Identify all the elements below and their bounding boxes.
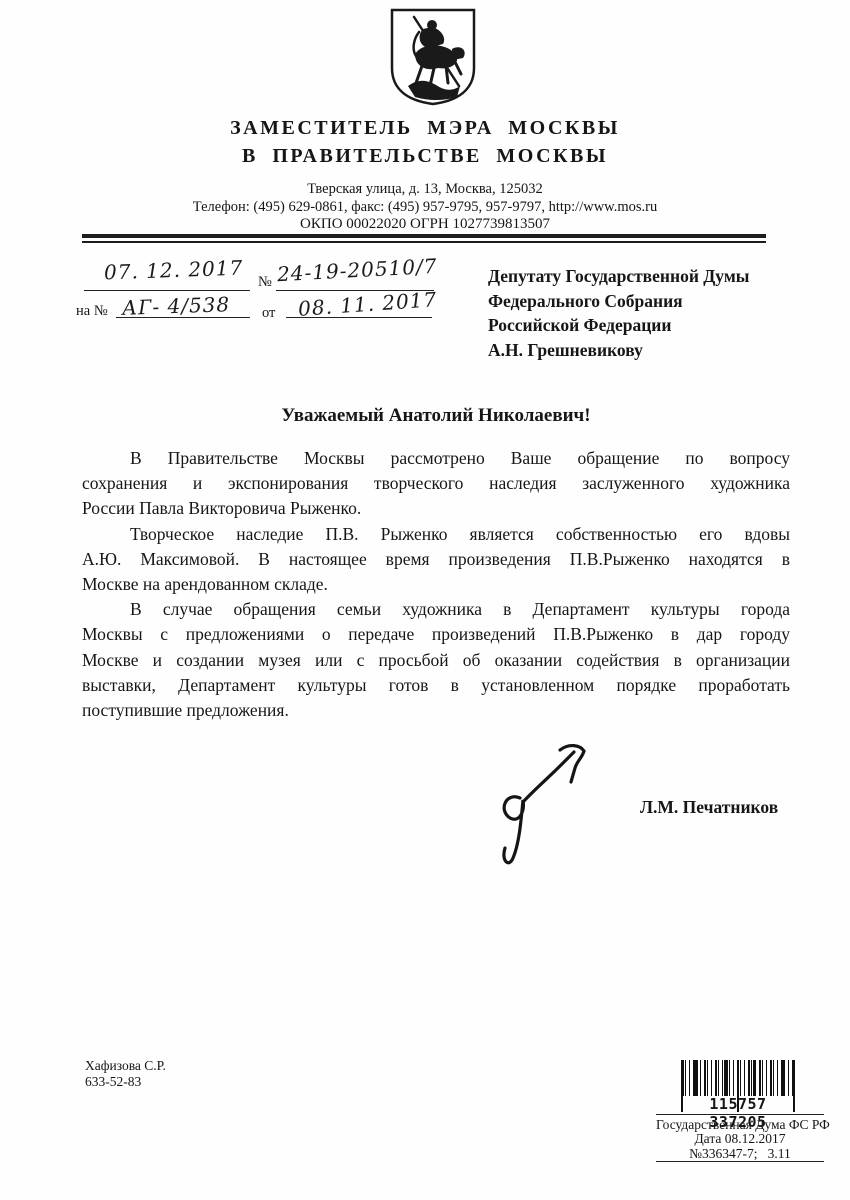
scanned-letter-page: ЗАМЕСТИТЕЛЬ МЭРА МОСКВЫ В ПРАВИТЕЛЬСТВЕ … (0, 0, 850, 1200)
stamp-number: №336347-7; 3.11 (656, 1146, 824, 1162)
body-text-line: выставки, Департамент культуры готов в у… (82, 673, 790, 698)
date-underline (84, 290, 250, 291)
org-name-line1: ЗАМЕСТИТЕЛЬ МЭРА МОСКВЫ (0, 117, 850, 140)
executor-phone: 633-52-83 (85, 1074, 166, 1090)
org-name-line2: В ПРАВИТЕЛЬСТВЕ МОСКВЫ (0, 145, 850, 168)
body-text-line: Москве на арендованном складе. (82, 572, 790, 597)
number-label: № (258, 274, 272, 291)
body-text-line: Творческое наследие П.В. Рыженко являетс… (82, 522, 790, 547)
ot-label: от (262, 305, 275, 322)
incoming-date-handwritten: 08. 11. 2017 (297, 287, 438, 321)
body-text-line: В случае обращения семьи художника в Деп… (82, 597, 790, 622)
body-text-line: России Павла Викторовича Рыженко. (82, 496, 790, 521)
body-text-line: А.Ю. Максимовой. В настоящее время произ… (82, 547, 790, 572)
letter-body: В Правительстве Москвы рассмотрено Ваше … (82, 446, 790, 723)
letterhead-codes: ОКПО 00022020 ОГРН 1027739813507 (0, 216, 850, 233)
letterhead-contacts: Телефон: (495) 629-0861, факс: (495) 957… (0, 199, 850, 216)
stamp-divider (656, 1161, 824, 1162)
moscow-coat-of-arms-icon (386, 6, 480, 106)
addressee-line: Федерального Собрания (488, 289, 818, 314)
na-number-label: на № (76, 303, 108, 320)
letterhead-address: Тверская улица, д. 13, Москва, 125032 (0, 181, 850, 198)
ot-underline (286, 317, 432, 318)
na-underline (116, 317, 250, 318)
stamp-divider (656, 1114, 824, 1115)
addressee-line: А.Н. Грешневикову (488, 338, 818, 363)
salutation: Уважаемый Анатолий Николаевич! (82, 405, 790, 427)
signer-name: Л.М. Печатников (640, 797, 778, 818)
executor-name: Хафизова С.Р. (85, 1058, 166, 1074)
addressee-line: Российской Федерации (488, 313, 818, 338)
body-text-line: поступившие предложения. (82, 698, 790, 723)
addressee-block: Депутату Государственной Думы Федерально… (488, 264, 818, 362)
signature-handwritten-icon (490, 740, 620, 872)
body-text-line: Москве и создании музея или с просьбой о… (82, 648, 790, 673)
outgoing-date-handwritten: 07. 12. 2017 (104, 256, 244, 285)
outgoing-number-handwritten: 24-19-20510/7 (276, 254, 438, 286)
executor-block: Хафизова С.Р. 633-52-83 (85, 1058, 166, 1089)
body-text-line: Москвы с предложениями о передаче произв… (82, 622, 790, 647)
addressee-line: Депутату Государственной Думы (488, 264, 818, 289)
incoming-number-handwritten: АГ- 4/538 (122, 292, 231, 320)
body-text-line: сохранения и экспонирования творческого … (82, 471, 790, 496)
letterhead-divider-rule (82, 234, 766, 243)
stamp-date: Дата 08.12.2017 (656, 1131, 824, 1147)
body-text-line: В Правительстве Москвы рассмотрено Ваше … (82, 446, 790, 471)
